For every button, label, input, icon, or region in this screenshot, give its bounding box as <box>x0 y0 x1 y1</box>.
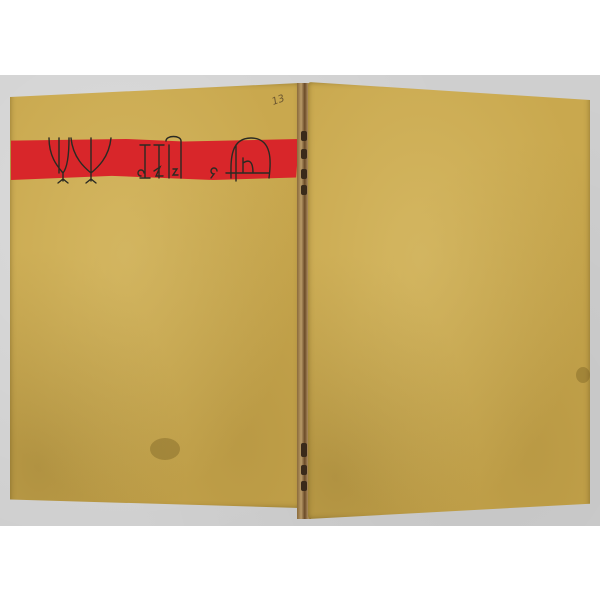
spine-mark <box>301 149 307 159</box>
glyph-trident-1 <box>49 138 69 183</box>
spine-mark <box>301 169 307 179</box>
spine-mark <box>301 481 307 491</box>
glyph-middle-group <box>138 137 181 179</box>
stain <box>150 438 180 460</box>
spine-mark <box>301 185 307 195</box>
spine-mark <box>301 465 307 475</box>
photo-background: 13 <box>0 75 600 526</box>
spine-mark <box>301 131 307 141</box>
glyph-arch-group <box>211 138 270 181</box>
title-glyphs <box>11 133 299 188</box>
spine-mark <box>301 443 307 457</box>
glyph-trident-2 <box>71 138 111 183</box>
stain <box>576 367 590 383</box>
back-cover <box>308 82 590 519</box>
